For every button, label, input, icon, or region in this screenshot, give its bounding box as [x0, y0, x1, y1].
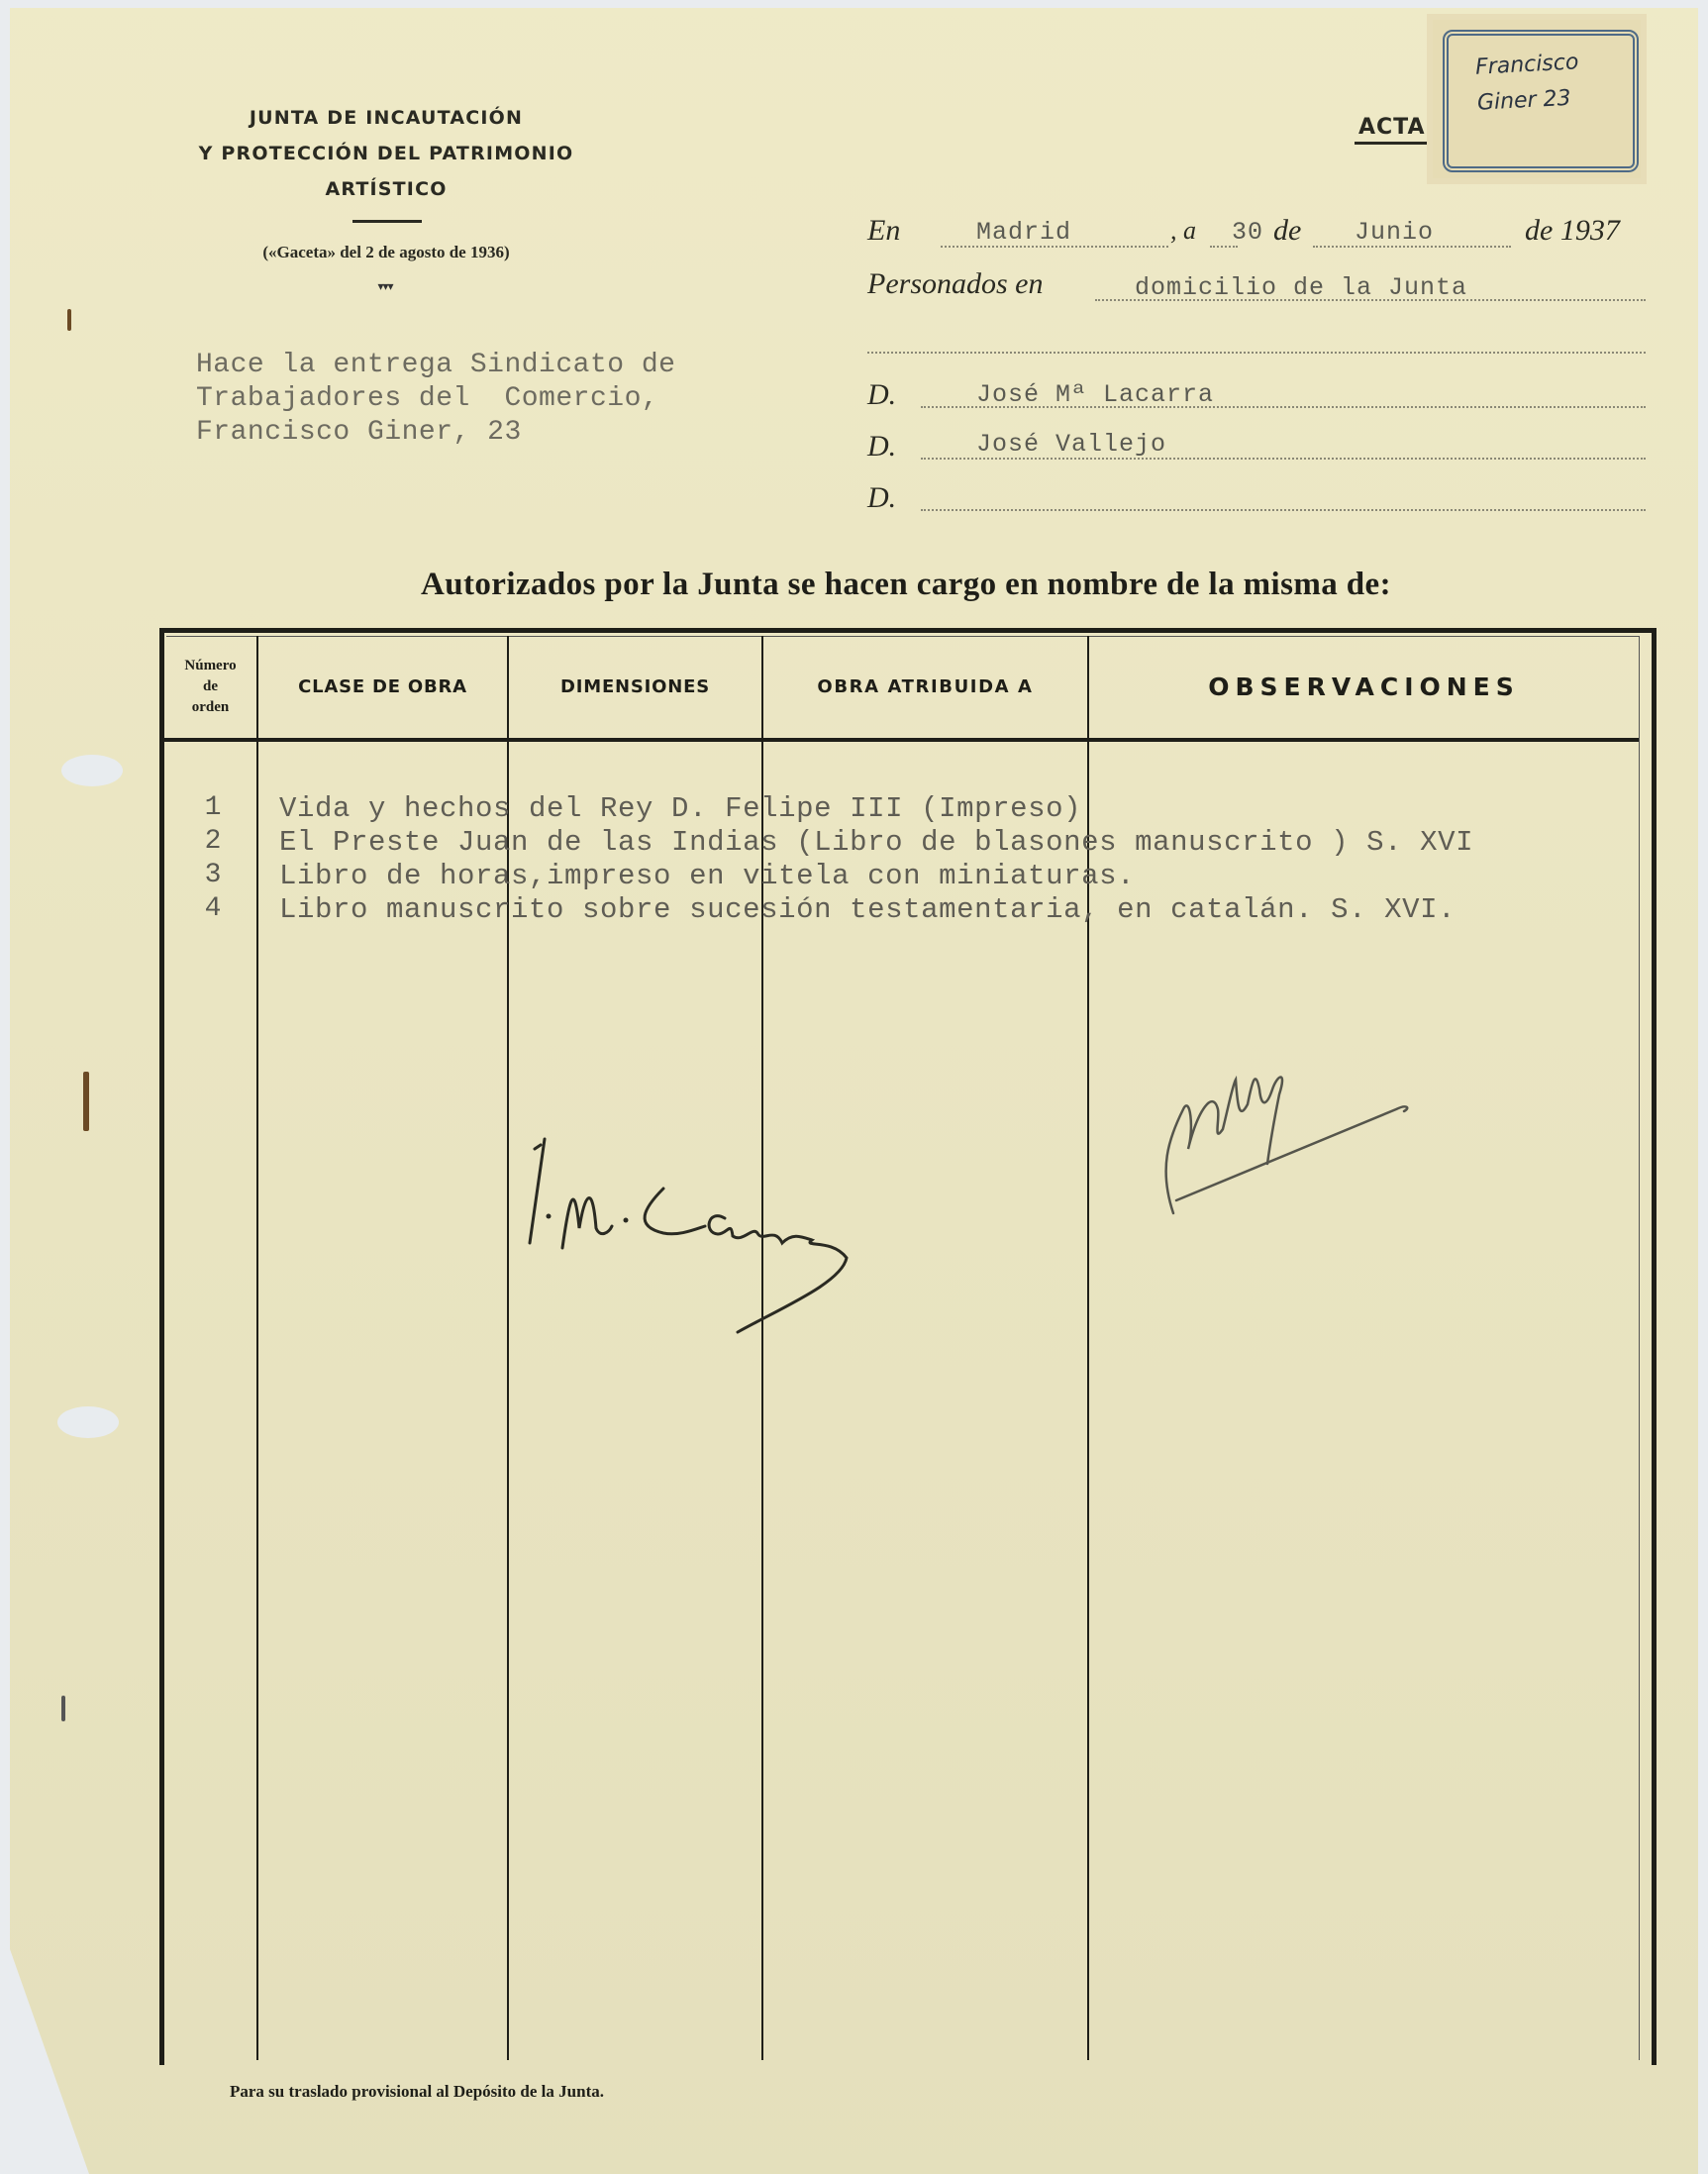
delivery-note: Hace la entrega Sindicato deTrabajadores…	[196, 349, 675, 450]
blank-field-line	[867, 352, 1646, 354]
header-dimensiones: DIMENSIONES	[509, 636, 761, 738]
city-field[interactable]: Madrid	[976, 218, 1071, 247]
en-label: En	[867, 214, 900, 248]
header-numero-line-3: orden	[184, 697, 236, 718]
row-description: Vida y hechos del Rey D. Felipe III (Imp…	[279, 792, 1081, 825]
person-1-field[interactable]: José Mª Lacarra	[976, 380, 1214, 409]
person-2-field[interactable]: José Vallejo	[976, 430, 1166, 459]
row-number: 2	[193, 826, 233, 857]
authorized-heading: Autorizados por la Junta se hacen cargo …	[149, 567, 1663, 603]
ornament-icon: ▾▾▾	[368, 279, 402, 289]
institution-name-line-1: JUNTA DE INCAUTACIÓN	[149, 107, 624, 129]
signature-vallejo	[1129, 1050, 1426, 1248]
month-field[interactable]: Junio	[1355, 218, 1434, 247]
institution-name-line-2: Y PROTECCIÓN DEL PATRIMONIO	[149, 143, 624, 164]
delivery-line-3: Francisco Giner, 23	[196, 416, 675, 450]
day-field[interactable]: 30	[1232, 218, 1263, 247]
table-header-rule	[164, 738, 1640, 742]
address-stamp: Francisco Giner 23	[1433, 20, 1641, 178]
row-number: 4	[193, 893, 233, 924]
row-description: Libro de horas,impreso en vitela con min…	[279, 860, 1135, 892]
location-field[interactable]: domicilio de la Junta	[1135, 273, 1467, 302]
table-row: 4 Libro manuscrito sobre sucesión testam…	[0, 893, 1708, 927]
table-row: 3 Libro de horas,impreso en vitela con m…	[0, 860, 1708, 893]
signature-lacarra	[515, 1109, 960, 1307]
rust-mark	[83, 1072, 89, 1131]
rust-mark	[61, 1696, 65, 1721]
d-label-3: D.	[867, 481, 896, 515]
stamp-line-2: Giner 23	[1476, 80, 1581, 121]
gazette-reference: («Gaceta» del 2 de agosto de 1936)	[149, 243, 624, 262]
header-observaciones: OBSERVACIONES	[1089, 636, 1639, 738]
delivery-line-2: Trabajadores del Comercio,	[196, 382, 675, 416]
header-clase-de-obra: CLASE DE OBRA	[258, 636, 507, 738]
rust-mark	[67, 309, 71, 331]
row-description: El Preste Juan de las Indias (Libro de b…	[279, 826, 1473, 859]
punch-hole-top	[61, 755, 123, 786]
delivery-line-1: Hace la entrega Sindicato de	[196, 349, 675, 382]
table-row: 1 Vida y hechos del Rey D. Felipe III (I…	[0, 792, 1708, 826]
stamp-line-1: Francisco	[1474, 45, 1579, 85]
row-number: 1	[193, 792, 233, 823]
d-label-1: D.	[867, 378, 896, 412]
de-label: de	[1273, 214, 1301, 248]
a-label: , a	[1170, 216, 1196, 246]
institution-name-line-3: ARTÍSTICO	[149, 178, 624, 200]
stamp-text: Francisco Giner 23	[1474, 45, 1581, 121]
row-description: Libro manuscrito sobre sucesión testamen…	[279, 893, 1456, 926]
punch-hole-bottom	[57, 1406, 119, 1438]
header-numero-orden: Número de orden	[164, 636, 256, 738]
row-number: 3	[193, 860, 233, 890]
footer-note: Para su traslado provisional al Depósito…	[230, 2082, 604, 2102]
header-divider	[352, 220, 422, 223]
header-obra-atribuida: OBRA ATRIBUIDA A	[763, 636, 1087, 738]
person-3-line	[921, 509, 1646, 511]
d-label-2: D.	[867, 430, 896, 464]
year-label: de 1937	[1525, 214, 1620, 248]
header-numero-line-1: Número	[184, 656, 236, 676]
header-numero-line-2: de	[184, 676, 236, 697]
table-row: 2 El Preste Juan de las Indias (Libro de…	[0, 826, 1708, 860]
personados-label: Personados en	[867, 267, 1043, 301]
acta-label: ACTA	[1355, 115, 1428, 145]
